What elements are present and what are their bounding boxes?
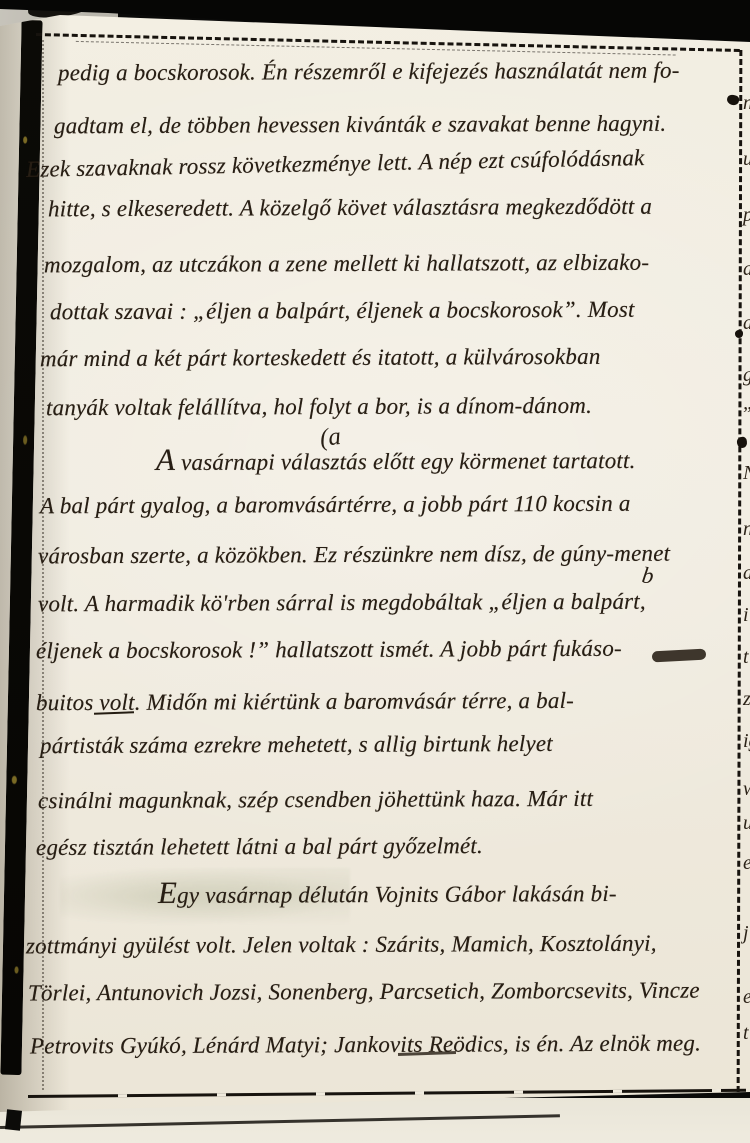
facing-page-letter-fragment: n <box>743 518 750 541</box>
facing-page-letter-fragment: g <box>743 364 750 387</box>
ink-border-bottom <box>28 1089 746 1098</box>
handwriting-line-paragraph-start: Egy vasárnap délután Vojnits Gábor lakás… <box>158 874 617 913</box>
facing-page-letter-fragment: a <box>743 312 750 335</box>
handwriting-line: pártisták száma ezrekre mehetett, s alli… <box>40 727 553 763</box>
facing-page-letter-fragment: t <box>743 646 749 669</box>
scribbled-out-word <box>652 649 707 663</box>
handwriting-line-paragraph-start: A vasárnapi választás előtt egy körmenet… <box>156 441 636 480</box>
manuscript-page: pedig a bocskorosok. Én részemről e kife… <box>0 0 750 1143</box>
facing-page-letter-fragment: „ <box>743 392 750 415</box>
facing-page-letter-fragment: N <box>743 462 750 485</box>
facing-page-letter-fragment: el <box>743 852 750 875</box>
ink-blot <box>726 94 740 107</box>
facing-page-letter-fragment: ig <box>743 730 750 753</box>
facing-page-letter-fragment: p <box>743 204 750 227</box>
handwriting-line: éljenek a bocskorosok !” hallatszott ism… <box>36 632 622 669</box>
handwriting-line: csinálni magunknak, szép csendben jöhett… <box>38 782 593 818</box>
handwriting-line: buitos volt. Midőn mi kiértünk a baromvá… <box>36 684 574 720</box>
handwriting-line: már mind a két párt korteskedett és itat… <box>40 340 601 376</box>
handwriting-line: Ezek szavaknak rossz következménye lett.… <box>26 141 645 187</box>
insertion-mark: (a <box>319 423 343 453</box>
handwriting-line: zottmányi gyülést volt. Jelen voltak : S… <box>26 927 657 964</box>
facing-page-letter-fragment: z <box>743 688 750 711</box>
handwriting-line: A bal párt gyalog, a baromvásártérre, a … <box>40 487 631 524</box>
handwriting-line: tanyák voltak felállítva, hol folyt a bo… <box>46 389 592 425</box>
facing-page-letter-fragment: u <box>743 812 750 835</box>
handwriting-line: egész tisztán lehetett látni a bal párt … <box>36 829 483 865</box>
handwriting-line: pedig a bocskorosok. Én részemről e kife… <box>58 54 680 91</box>
facing-page-letter-fragment: u <box>743 148 750 171</box>
facing-page-letter-fragment: e <box>743 986 750 1009</box>
handwriting-line: volt. A harmadik kö'rben sárral is megdo… <box>38 585 646 622</box>
handwriting-line: Törlei, Antunovich Jozsi, Sonenberg, Par… <box>28 974 700 1011</box>
ink-border-right <box>737 50 743 1092</box>
handwriting-line: hitte, s elkeseredett. A közelgő követ v… <box>48 190 652 227</box>
facing-page-letter-fragment: a <box>743 258 750 281</box>
handwriting-line: Petrovits Gyúkó, Lénárd Matyi; Jankovits… <box>30 1027 701 1064</box>
handwriting-line: dottak szavai : „éljen a balpárt, éljene… <box>50 293 635 330</box>
handwriting-line: mozgalom, az utczákon a zene mellett ki … <box>44 246 649 283</box>
facing-page-letter-fragment: j <box>743 922 749 945</box>
insertion-mark: b <box>640 562 655 589</box>
handwriting-line: városban szerte, a közökben. Ez részünkr… <box>38 537 670 574</box>
facing-page-letter-fragment: t <box>743 1022 749 1045</box>
scan-corner-mark <box>5 1109 22 1130</box>
scanned-manuscript: pedig a bocskorosok. Én részemről e kife… <box>0 0 750 1143</box>
handwriting-line: gadtam el, de többen hevessen kivánták e… <box>54 107 666 144</box>
facing-page-letter-fragment: a <box>743 562 750 585</box>
facing-page-letter-fragment: n <box>743 92 750 115</box>
facing-page-letter-fragment: w <box>743 778 750 801</box>
ink-blot <box>735 330 743 338</box>
facing-page-letter-fragment: i <box>743 604 749 627</box>
